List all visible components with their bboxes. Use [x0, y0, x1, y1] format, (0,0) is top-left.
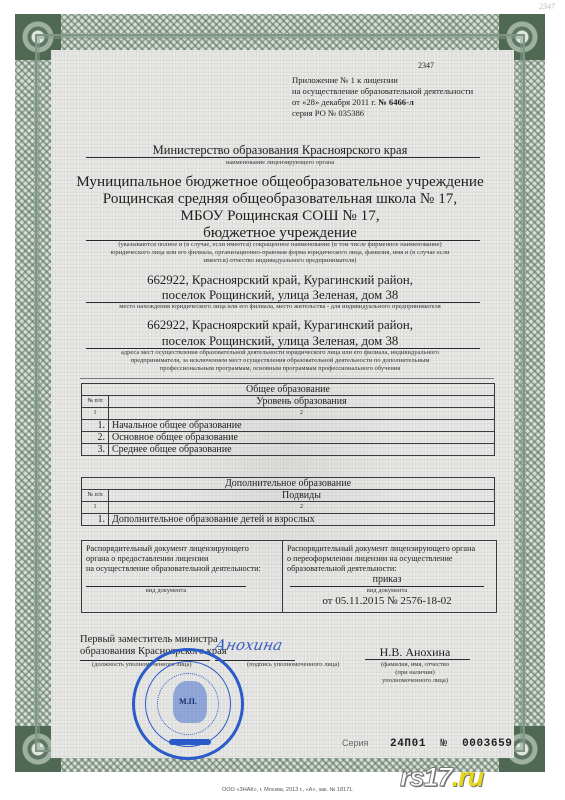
additional-education-title: Дополнительное образование: [82, 478, 495, 490]
table-row: 1. Начальное общее образование: [82, 420, 495, 432]
corner-pencil-note: 2347: [539, 2, 555, 11]
general-education-table: Общее образование № п/п Уровень образова…: [81, 383, 495, 456]
org-line-1: Муниципальное бюджетное общеобразователь…: [70, 173, 490, 191]
site-brand-watermark: rs17.ru: [400, 762, 483, 793]
row-level: Основное общее образование: [109, 432, 495, 444]
row-number: 1.: [82, 514, 109, 526]
position-line-1: Первый заместитель министра: [80, 634, 218, 645]
row-number: 2.: [82, 432, 109, 444]
annex-date: от «28» декабря 2011 г.: [292, 97, 378, 107]
activity-caption-3: профессиональным программам, основным пр…: [80, 365, 480, 373]
col-index-1: 1: [82, 502, 109, 514]
row-level: Начальное общее образование: [109, 420, 495, 432]
col-index-1: 1: [82, 408, 109, 420]
name-caption-2: (при наличии): [360, 669, 470, 677]
row-number: 3.: [82, 444, 109, 456]
col-index-2: 2: [109, 408, 495, 420]
right-doc-type-value: приказ: [287, 574, 487, 585]
annex-line-4: серия РО № 035386: [292, 108, 364, 119]
right-doc-line-3: образовательной деятельности:: [287, 563, 397, 574]
row-subtype: Дополнительное образование детей и взрос…: [109, 514, 495, 526]
org-line-3: МБОУ Рощинская СОШ № 17,: [70, 207, 490, 225]
col-num-header: № п/п: [82, 490, 109, 502]
licensing-authority-caption: наименование лицензирующего органа: [80, 159, 480, 167]
activity-caption-1: адреса мест осуществления образовательно…: [80, 349, 480, 357]
general-education-title: Общее образование: [82, 384, 495, 396]
annex-line-1: Приложение № 1 к лицензии: [292, 75, 398, 86]
org-caption-1: (указываются полное и (в случае, если им…: [80, 241, 480, 249]
annex-line-3: от «28» декабря 2011 г. № 6466-л: [292, 97, 414, 108]
license-number: № 6466-л: [378, 97, 414, 107]
brand-part-1: rs17: [400, 762, 452, 792]
org-caption-2: юридического лица или его филиала, орган…: [80, 249, 480, 257]
org-line-2: Рощинская средняя общеобразовательная шк…: [70, 190, 490, 208]
activity-address-line-2: поселок Рощинский, улица Зеленая, дом 38: [80, 334, 480, 349]
left-doc-type-caption: вид документа: [86, 587, 246, 595]
table-row: 1. Дополнительное образование детей и вз…: [82, 514, 495, 526]
handwritten-signature: Анохина: [213, 636, 281, 654]
activity-address-line-1: 662922, Красноярский край, Курагинский р…: [80, 318, 480, 333]
left-doc-line-3: на осуществление образовательной деятель…: [86, 563, 261, 574]
printer-note: ООО «ЗНАК», г. Москва, 2013 г., «А», зак…: [222, 787, 354, 793]
name-caption-3: уполномоченного лица): [360, 677, 470, 685]
right-doc-type-caption: вид документа: [287, 587, 487, 595]
legal-address-line-1: 662922, Красноярский край, Курагинский р…: [80, 273, 480, 288]
series-value: 24П01: [390, 738, 426, 750]
legal-address-caption: место нахождения юридического лица или е…: [80, 303, 480, 311]
page-number: 2347: [418, 60, 434, 71]
signatory-name: Н.В. Анохина: [360, 645, 470, 660]
brand-part-2: .ru: [452, 762, 484, 792]
official-seal-icon: М.П.: [132, 648, 244, 760]
seal-center-text: М.П.: [135, 697, 241, 706]
right-doc-reference: от 05.11.2015 № 2576-18-02: [287, 595, 487, 607]
licensing-authority: Министерство образования Красноярского к…: [80, 143, 480, 158]
col-level-header: Уровень образования: [109, 396, 495, 408]
col-subtype-header: Подвиды: [109, 490, 495, 502]
series-label: Серия: [342, 738, 368, 748]
form-serial: Серия 24П01 № 0003659: [342, 738, 512, 750]
number-value: 0003659: [462, 738, 512, 750]
row-level: Среднее общее образование: [109, 444, 495, 456]
table-row: 2. Основное общее образование: [82, 432, 495, 444]
signature-caption: (подпись уполномоченного лица): [247, 661, 339, 669]
row-number: 1.: [82, 420, 109, 432]
org-line-4: бюджетное учреждение: [70, 224, 490, 242]
col-num-header: № п/п: [82, 396, 109, 408]
number-label: №: [440, 738, 447, 750]
activity-caption-2: предпринимателя, за исключением мест осу…: [80, 357, 480, 365]
legal-address-line-2: поселок Рощинский, улица Зеленая, дом 38: [80, 288, 480, 303]
org-caption-3: имеется) отчество индивидуального предпр…: [80, 257, 480, 265]
annex-line-2: на осуществление образовательной деятель…: [292, 86, 473, 97]
additional-education-table: Дополнительное образование № п/п Подвиды…: [81, 477, 495, 526]
seal-bar: [169, 739, 211, 745]
table-row: 3. Среднее общее образование: [82, 444, 495, 456]
name-caption-1: (фамилия, имя, отчество: [360, 661, 470, 669]
col-index-2: 2: [109, 502, 495, 514]
